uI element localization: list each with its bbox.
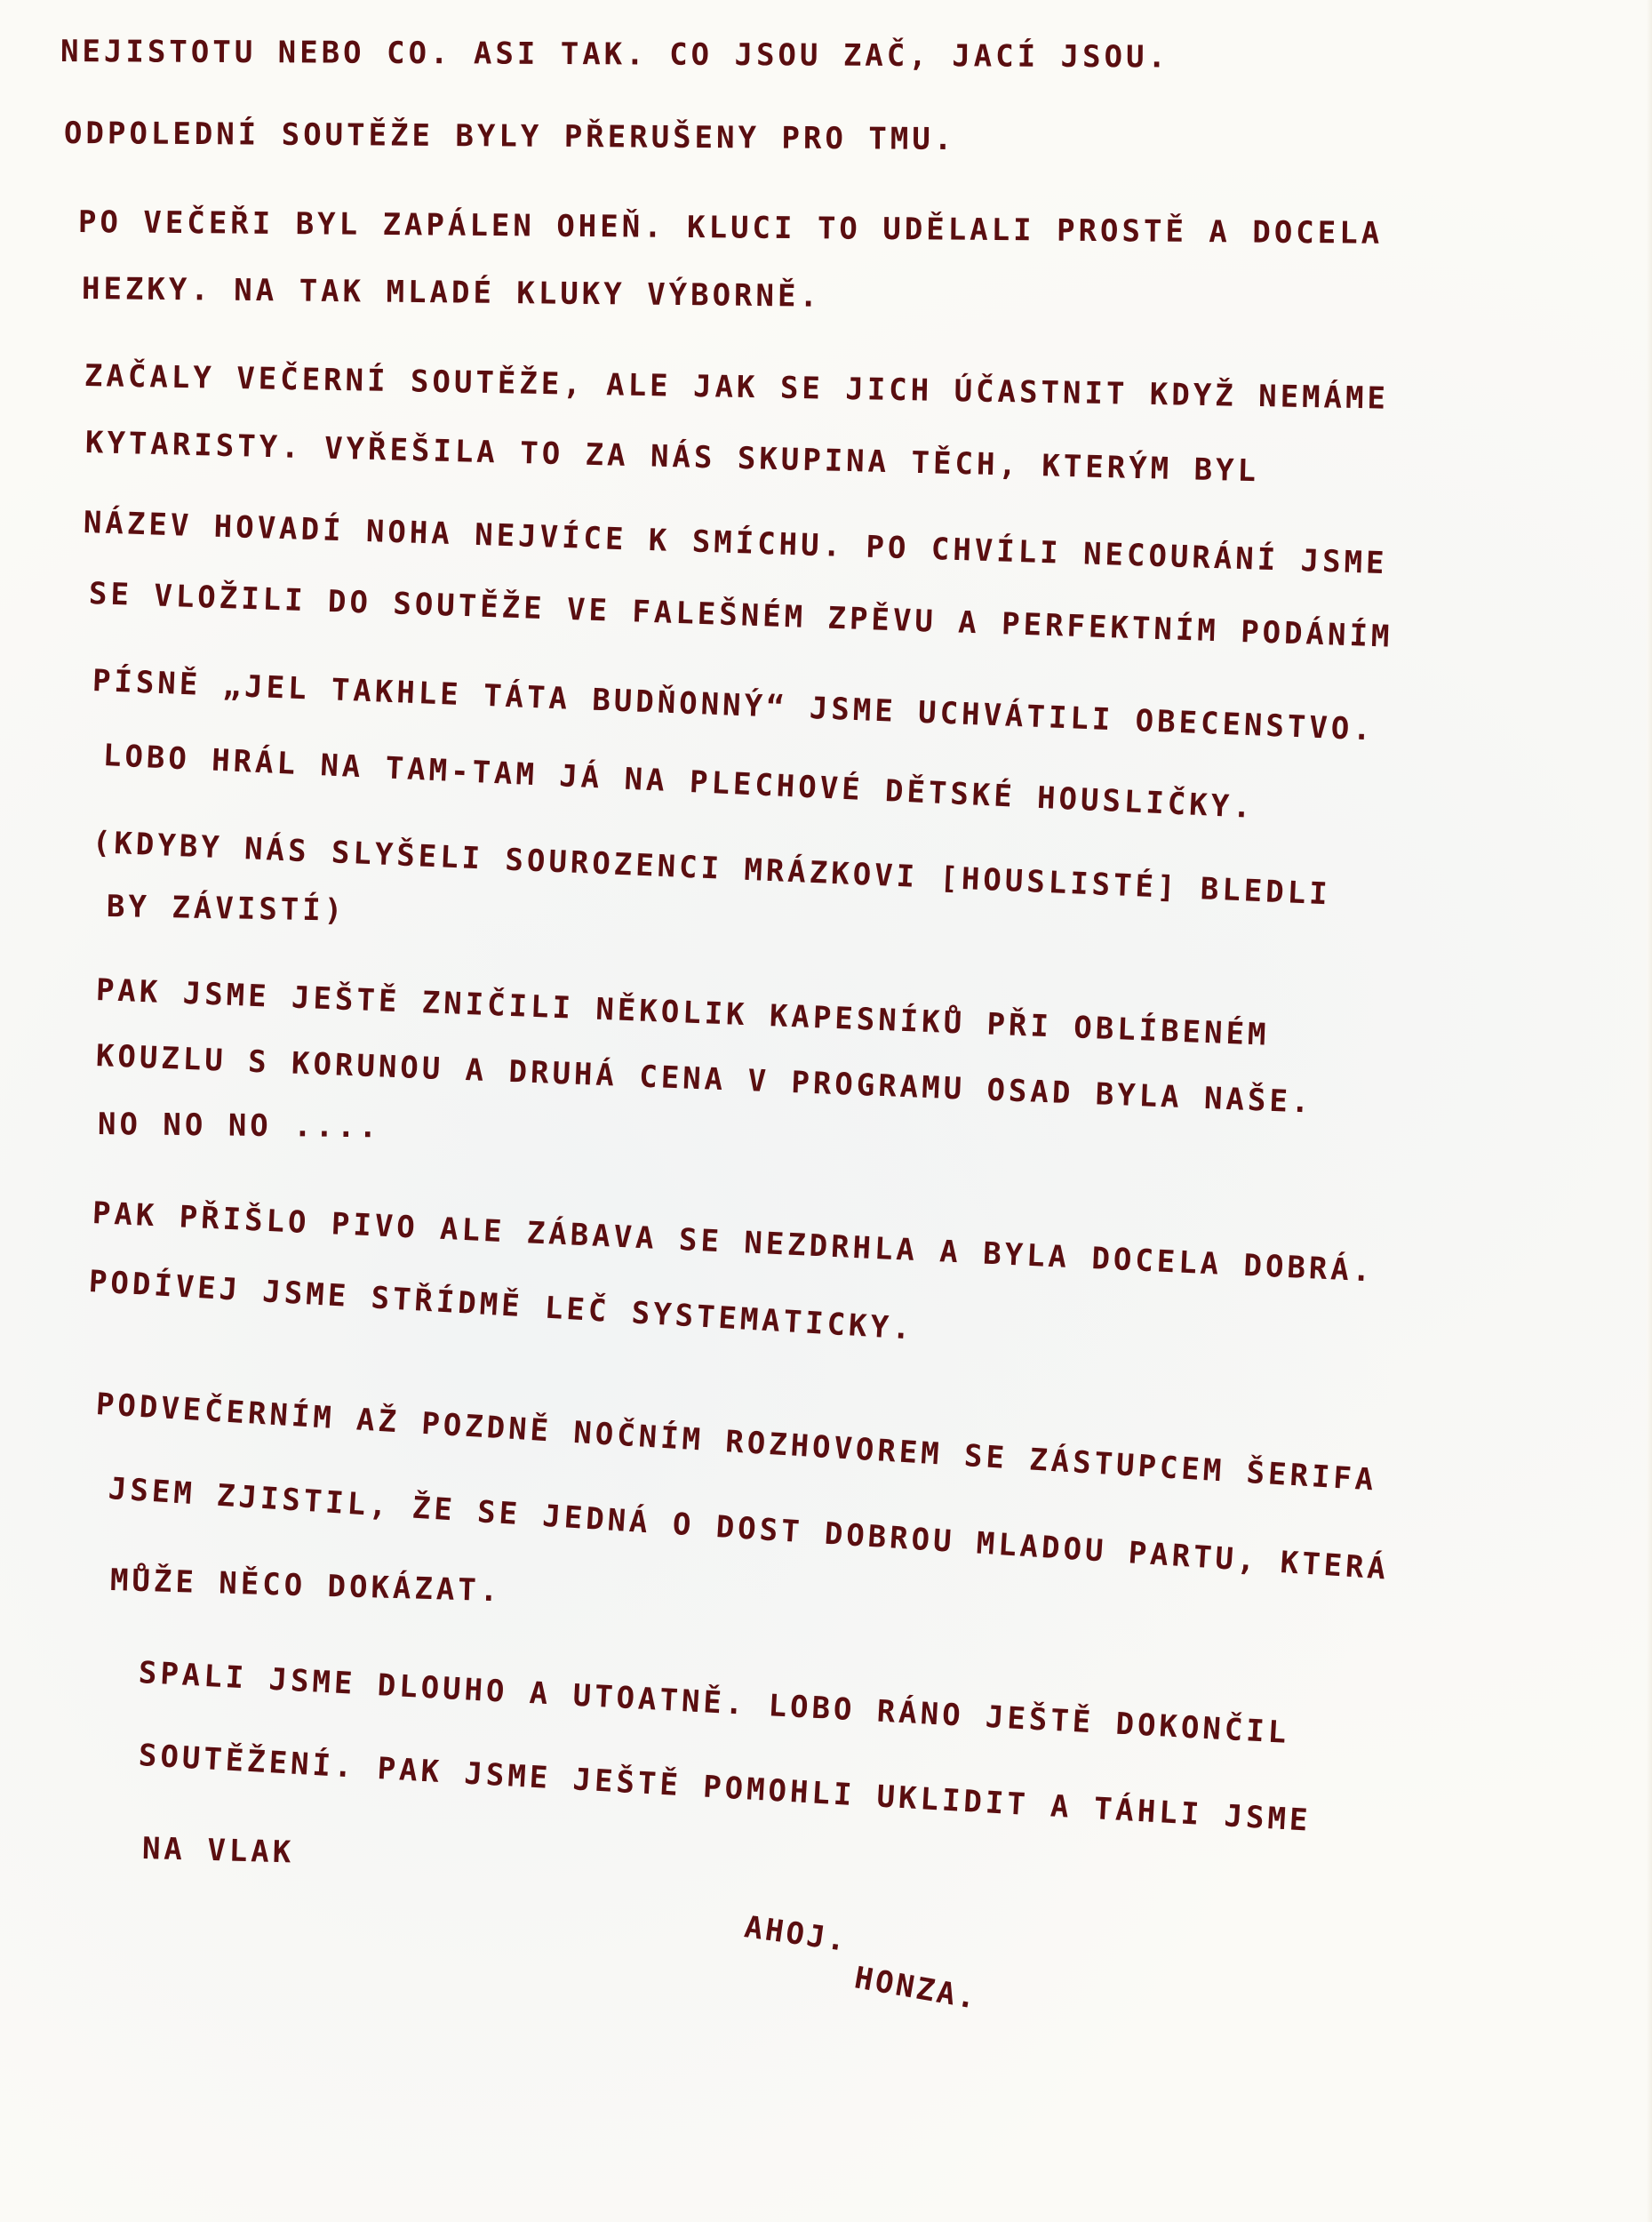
handwritten-line: NO NO NO .... xyxy=(98,1107,381,1145)
handwritten-line: SOUTĚŽENÍ. PAK JSME JEŠTĚ POMOHLI UKLIDI… xyxy=(138,1738,1313,1839)
handwritten-line: MŮŽE NĚCO DOKÁZAT. xyxy=(109,1563,501,1609)
handwritten-line: LOBO HRÁL NA TAM-TAM JÁ NA PLECHOVÉ DĚTS… xyxy=(102,738,1255,826)
paper-edge xyxy=(1647,0,1652,2222)
handwritten-line: PAK JSME JEŠTĚ ZNIČILI NĚKOLIK KAPESNÍKŮ… xyxy=(95,972,1270,1053)
handwritten-line: NÁZEV HOVADÍ NOHA NEJVÍCE K SMÍCHU. PO C… xyxy=(83,505,1388,581)
paper-page: NEJISTOTU NEBO CO. ASI TAK. CO JSOU ZAČ,… xyxy=(0,0,1652,2222)
handwritten-line: NA VLAK xyxy=(141,1831,294,1870)
signature-greeting: AHOJ. xyxy=(742,1909,850,1959)
signature-name: HONZA. xyxy=(852,1960,982,2017)
handwritten-line: SPALI JSME DLOUHO A UTOATNĚ. LOBO RÁNO J… xyxy=(138,1655,1290,1751)
handwritten-line: NEJISTOTU NEBO CO. ASI TAK. CO JSOU ZAČ,… xyxy=(60,34,1169,76)
handwritten-line: ODPOLEDNÍ SOUTĚŽE BYLY PŘERUŠENY PRO TMU… xyxy=(64,116,956,157)
handwritten-line: ZAČALY VEČERNÍ SOUTĚŽE, ALE JAK SE JICH … xyxy=(84,358,1390,417)
handwritten-line: BY ZÁVISTÍ) xyxy=(107,889,347,929)
handwritten-line: PO VEČEŘI BYL ZAPÁLEN OHEŇ. KLUCI TO UDĚ… xyxy=(78,204,1383,252)
handwritten-line: KYTARISTY. VYŘEŠILA TO ZA NÁS SKUPINA TĚ… xyxy=(85,425,1260,489)
handwritten-line: PODÍVEJ JSME STŘÍDMĚ LEČ SYSTEMATICKY. xyxy=(88,1264,915,1347)
handwritten-line: SE VLOŽILI DO SOUTĚŽE VE FALEŠNÉM ZPĚVU … xyxy=(88,576,1393,655)
handwritten-line: HEZKY. NA TAK MLADÉ KLUKY VÝBORNĚ. xyxy=(82,271,821,315)
handwritten-line: PÍSNĚ „JEL TAKHLE TÁTA BUDŇONNÝ“ JSME UC… xyxy=(92,663,1375,747)
